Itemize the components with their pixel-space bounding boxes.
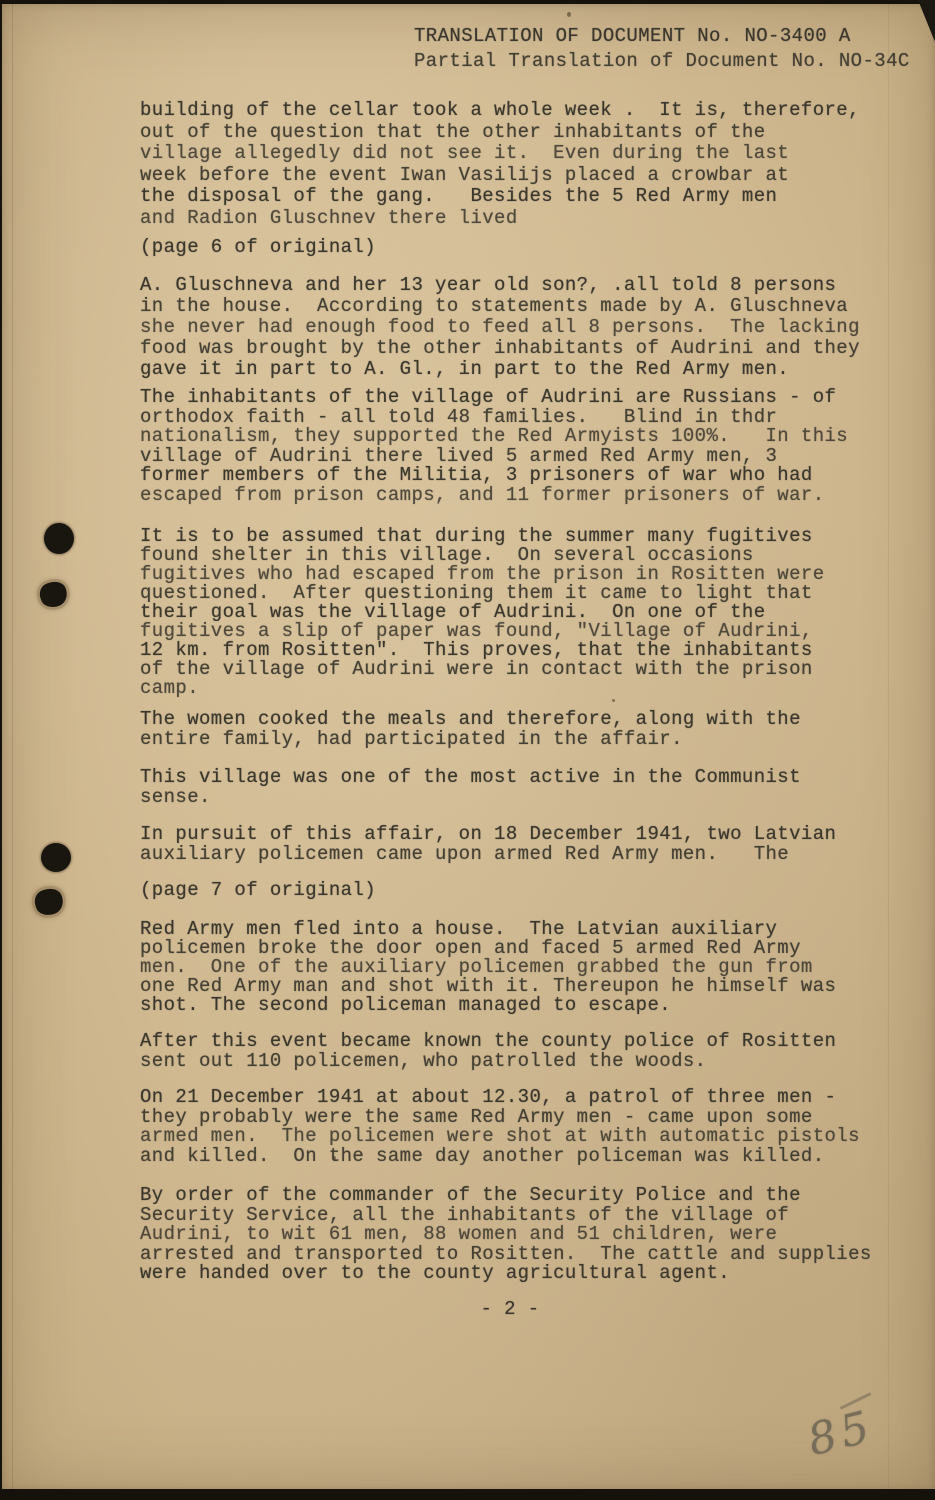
paragraph: In pursuit of this affair, on 18 Decembe… [140, 825, 836, 864]
text-line: she never had enough food to feed all 8 … [140, 317, 860, 338]
paragraph: The women cooked the meals and therefore… [140, 710, 801, 749]
scan-edge-bottom [0, 1489, 935, 1500]
text-line: A. Gluschneva and her 13 year old son?, … [140, 275, 860, 296]
text-line: village of Audrini there lived 5 armed R… [140, 447, 848, 467]
text-line: shot. The second policeman managed to es… [140, 996, 836, 1015]
text-line: (page 6 of original) [140, 237, 376, 257]
scan-edge-top [0, 0, 935, 4]
text-line: food was brought by the other inhabitant… [140, 338, 860, 359]
paragraph: This village was one of the most active … [140, 768, 801, 807]
text-line: armed men. The policemen were shot at wi… [140, 1127, 860, 1147]
text-line: By order of the commander of the Securit… [140, 1186, 872, 1206]
paragraph: After this event became known the county… [140, 1031, 836, 1071]
text-line: arrested and transported to Rositten. Th… [140, 1245, 872, 1265]
paragraph: building of the cellar took a whole week… [140, 100, 860, 230]
paper-sheet: TRANSLATION OF DOCUMENT No. NO-3400 APar… [2, 4, 935, 1490]
paragraph: The inhabitants of the village of Audrin… [140, 388, 848, 506]
text-line: village allegedly did not see it. Even d… [140, 143, 860, 165]
text-line: building of the cellar took a whole week… [140, 100, 860, 122]
text-line: Audrini, to wit 61 men, 88 women and 51 … [140, 1225, 872, 1245]
text-line: of the village of Audrini were in contac… [140, 660, 825, 679]
paper-crease-right [888, 4, 889, 1490]
page-note-6: (page 6 of original) [140, 237, 376, 257]
paragraph: By order of the commander of the Securit… [140, 1186, 872, 1284]
paragraph: On 21 December 1941 at about 12.30, a pa… [140, 1088, 860, 1166]
paragraph: Red Army men fled into a house. The Latv… [140, 920, 836, 1015]
text-line: TRANSLATION OF DOCUMENT No. NO-3400 A [414, 24, 910, 49]
paper-speck [333, 1156, 336, 1160]
paper-speck [567, 12, 571, 17]
paragraph: A. Gluschneva and her 13 year old son?, … [140, 275, 860, 380]
handwritten-number: 85 [803, 1401, 879, 1466]
text-line: camp. [140, 679, 825, 698]
punch-hole-torn [37, 578, 70, 610]
text-line: questioned. After questioning them it ca… [140, 584, 825, 603]
text-line: This village was one of the most active … [140, 768, 801, 788]
text-line: were handed over to the county agricultu… [140, 1264, 872, 1284]
punch-hole [41, 843, 71, 872]
punch-hole-torn [32, 885, 67, 918]
text-line: The women cooked the meals and therefore… [140, 710, 801, 730]
text-line: out of the question that the other inhab… [140, 122, 860, 144]
page-number: - 2 - [140, 1298, 880, 1320]
text-line: In pursuit of this affair, on 18 Decembe… [140, 825, 836, 845]
document-header: TRANSLATION OF DOCUMENT No. NO-3400 APar… [414, 24, 910, 74]
text-line: one Red Army man and shot with it. There… [140, 977, 836, 996]
text-line: sense. [140, 788, 801, 808]
text-line: in the house. According to statements ma… [140, 296, 860, 317]
scanned-document-screenshot: { "document": { "blocks": { "header": [ … [0, 0, 935, 1500]
text-line: Partial Translation of Document No. NO-3… [414, 49, 910, 74]
handwritten-page-mark: 85 [803, 1401, 879, 1466]
text-line: sent out 110 policemen, who patrolled th… [140, 1051, 836, 1071]
paper-crease-left [12, 4, 13, 1490]
text-line: the disposal of the gang. Besides the 5 … [140, 186, 860, 208]
text-line: and Radion Gluschnev there lived [140, 208, 860, 230]
paper-speck [612, 699, 615, 702]
text-line: The inhabitants of the village of Audrin… [140, 388, 848, 408]
paragraph: It is to be assumed that during the summ… [140, 527, 825, 698]
punch-hole [44, 523, 74, 554]
text-line: (page 7 of original) [140, 880, 376, 900]
text-line: escaped from prison camps, and 11 former… [140, 486, 848, 506]
text-line: entire family, had participated in the a… [140, 730, 801, 750]
text-line: After this event became known the county… [140, 1031, 836, 1051]
text-line: and killed. On the same day another poli… [140, 1147, 860, 1167]
text-line: On 21 December 1941 at about 12.30, a pa… [140, 1088, 860, 1108]
text-line: nationalism, they supported the Red Army… [140, 427, 848, 447]
text-line: week before the event Iwan Vasilijs plac… [140, 165, 860, 187]
text-line: gave it in part to A. Gl., in part to th… [140, 359, 860, 380]
text-line: fugitives a slip of paper was found, "Vi… [140, 622, 825, 641]
text-line: auxiliary policemen came upon armed Red … [140, 845, 836, 865]
page-note-7: (page 7 of original) [140, 880, 376, 900]
